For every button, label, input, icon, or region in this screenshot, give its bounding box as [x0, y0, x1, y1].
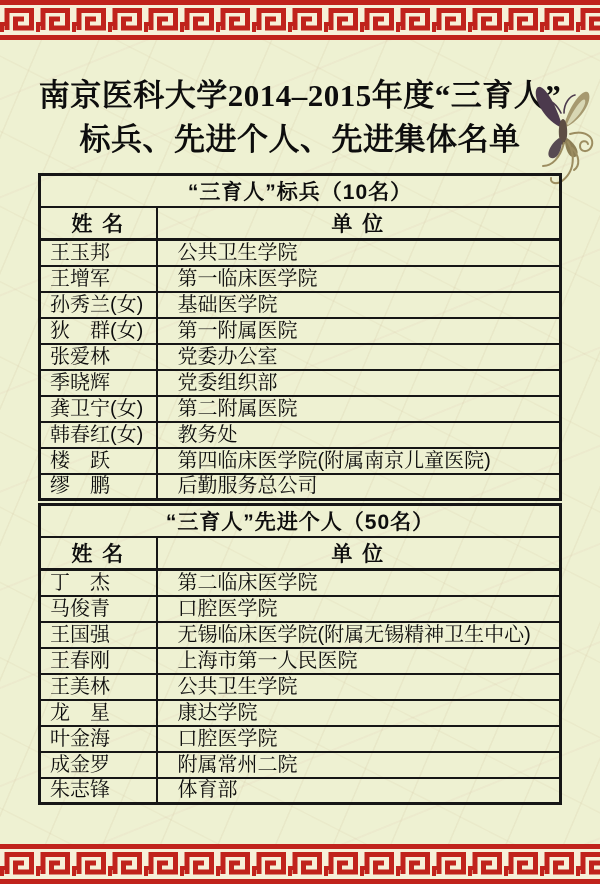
person-name: 朱志锋 [40, 778, 157, 804]
person-unit: 第四临床医学院(附属南京儿童医院) [157, 448, 561, 474]
person-name: 龙 星 [40, 700, 157, 726]
table-row: 成金罗 附属常州二院 [40, 752, 561, 778]
person-name: 楼 跃 [40, 448, 157, 474]
table-row: 孙秀兰(女) 基础医学院 [40, 292, 561, 318]
person-name: 丁 杰 [40, 570, 157, 596]
advanced-individuals-table: “三育人”先进个人（50名） 姓 名 单 位 丁 杰 第二临床医学院 马俊青 口… [38, 503, 562, 805]
person-unit: 口腔医学院 [157, 596, 561, 622]
table-row: 王国强 无锡临床医学院(附属无锡精神卫生中心) [40, 622, 561, 648]
table-row: 马俊青 口腔医学院 [40, 596, 561, 622]
person-name: 王玉邦 [40, 240, 157, 266]
column-header-unit: 单 位 [157, 537, 561, 570]
table-row: 王玉邦 公共卫生学院 [40, 240, 561, 266]
pacesetters-table: “三育人”标兵（10名） 姓 名 单 位 王玉邦 公共卫生学院 王增军 第一临床… [38, 173, 562, 501]
table-row: 丁 杰 第二临床医学院 [40, 570, 561, 596]
person-name: 孙秀兰(女) [40, 292, 157, 318]
greek-key-border-bottom-icon [0, 844, 600, 884]
person-name: 季晓辉 [40, 370, 157, 396]
person-name: 王春刚 [40, 648, 157, 674]
person-unit: 后勤服务总公司 [157, 474, 561, 500]
person-unit: 党委办公室 [157, 344, 561, 370]
person-name: 张爱林 [40, 344, 157, 370]
greek-key-border-top-icon [0, 0, 600, 40]
person-unit: 无锡临床医学院(附属无锡精神卫生中心) [157, 622, 561, 648]
table-row: 狄 群(女) 第一附属医院 [40, 318, 561, 344]
person-name: 狄 群(女) [40, 318, 157, 344]
table-row: 朱志锋 体育部 [40, 778, 561, 804]
person-unit: 上海市第一人民医院 [157, 648, 561, 674]
pacesetters-section-title: “三育人”标兵（10名） [40, 175, 561, 208]
person-unit: 体育部 [157, 778, 561, 804]
person-unit: 口腔医学院 [157, 726, 561, 752]
document-page: 南京医科大学2014–2015年度“三育人” 标兵、先进个人、先进集体名单 “三… [0, 0, 600, 884]
table-row: 缪 鹏 后勤服务总公司 [40, 474, 561, 500]
person-name: 王美林 [40, 674, 157, 700]
person-name: 叶金海 [40, 726, 157, 752]
table-row: 韩春红(女) 教务处 [40, 422, 561, 448]
table-row: 王春刚 上海市第一人民医院 [40, 648, 561, 674]
person-name: 王增军 [40, 266, 157, 292]
person-unit: 第一临床医学院 [157, 266, 561, 292]
page-title-line1: 南京医科大学2014–2015年度“三育人” [0, 74, 600, 118]
person-unit: 第二附属医院 [157, 396, 561, 422]
person-unit: 第二临床医学院 [157, 570, 561, 596]
table-row: 王美林 公共卫生学院 [40, 674, 561, 700]
person-name: 王国强 [40, 622, 157, 648]
person-unit: 附属常州二院 [157, 752, 561, 778]
page-title: 南京医科大学2014–2015年度“三育人” 标兵、先进个人、先进集体名单 [0, 74, 600, 162]
table-row: 季晓辉 党委组织部 [40, 370, 561, 396]
person-name: 成金罗 [40, 752, 157, 778]
person-unit: 基础医学院 [157, 292, 561, 318]
person-name: 马俊青 [40, 596, 157, 622]
table-row: 张爱林 党委办公室 [40, 344, 561, 370]
column-header-name: 姓 名 [40, 207, 157, 240]
person-name: 龚卫宁(女) [40, 396, 157, 422]
person-unit: 公共卫生学院 [157, 674, 561, 700]
person-unit: 党委组织部 [157, 370, 561, 396]
table-row: 叶金海 口腔医学院 [40, 726, 561, 752]
table-row: 王增军 第一临床医学院 [40, 266, 561, 292]
person-name: 缪 鹏 [40, 474, 157, 500]
table-row: 龙 星 康达学院 [40, 700, 561, 726]
page-title-line2: 标兵、先进个人、先进集体名单 [0, 118, 600, 162]
table-row: 楼 跃 第四临床医学院(附属南京儿童医院) [40, 448, 561, 474]
person-unit: 康达学院 [157, 700, 561, 726]
table-row: 龚卫宁(女) 第二附属医院 [40, 396, 561, 422]
advanced-individuals-section-title: “三育人”先进个人（50名） [40, 505, 561, 538]
column-header-name: 姓 名 [40, 537, 157, 570]
column-header-unit: 单 位 [157, 207, 561, 240]
person-unit: 公共卫生学院 [157, 240, 561, 266]
person-unit: 第一附属医院 [157, 318, 561, 344]
person-unit: 教务处 [157, 422, 561, 448]
person-name: 韩春红(女) [40, 422, 157, 448]
